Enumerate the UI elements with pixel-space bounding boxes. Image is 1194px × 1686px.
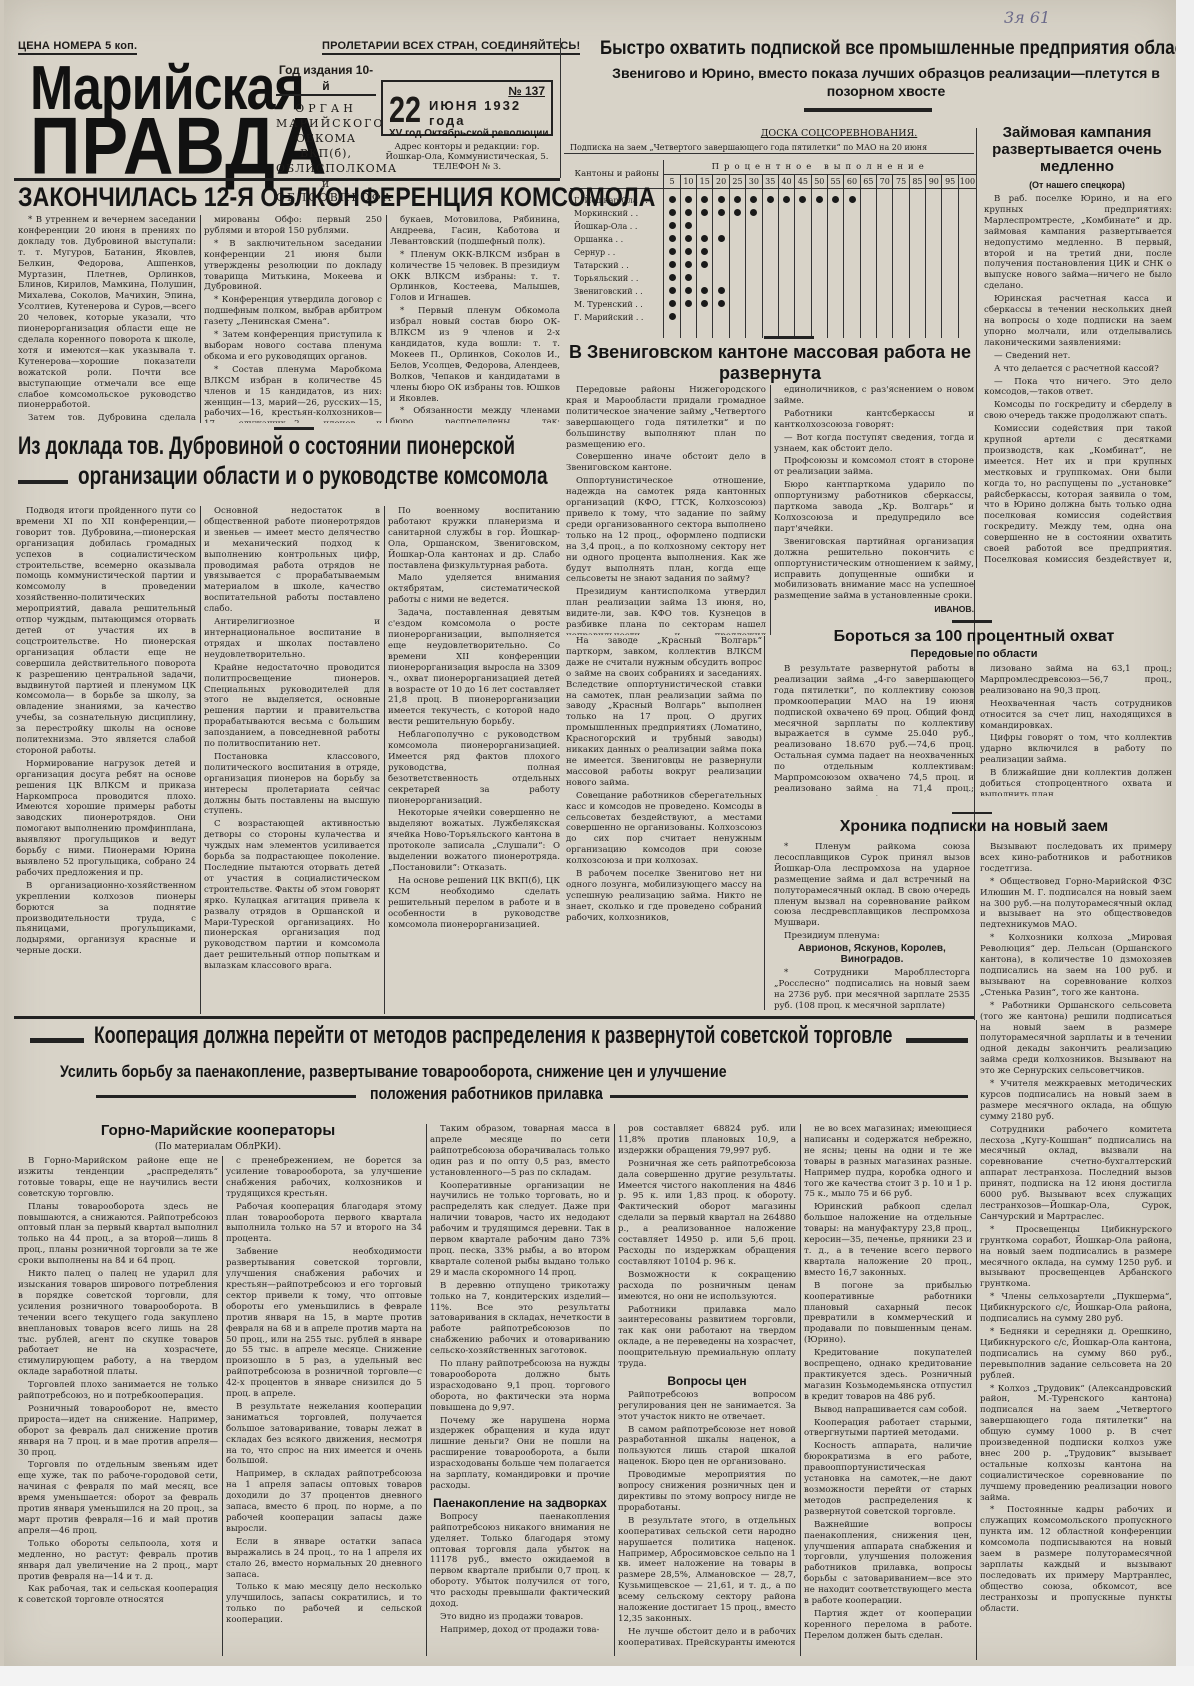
divider xyxy=(18,480,68,484)
pioneer-headline-2: организации области и о руководстве комс… xyxy=(78,462,548,491)
paragraph: На основе решений ЦК ВКП(б), ЦК КСМ необ… xyxy=(388,876,560,931)
progress-dot-icon xyxy=(669,300,676,307)
divider xyxy=(906,1038,968,1043)
district-name: Г. Марийский . . xyxy=(570,311,664,324)
percent-column-header: 25 xyxy=(729,174,745,188)
district-name: Звениговский . . xyxy=(570,285,664,298)
paragraph: единоличников, с раз'яснением о новом за… xyxy=(774,385,974,407)
board-row: Торьяльский . . xyxy=(570,272,976,285)
paragraph: Антирелигиозное и интернациональное восп… xyxy=(204,617,380,661)
progress-dot-icon xyxy=(669,235,676,242)
hundred-pct-col-2: лизовано займа на 63,1 проц.; Марпромлес… xyxy=(980,664,1172,796)
paragraph: В погоне за прибылью кооперативные работ… xyxy=(804,1281,972,1346)
paragraph: Никто палец о палец не ударил для изыска… xyxy=(18,1269,218,1378)
zvenigovo-col-2: единоличников, с раз'яснением о новом за… xyxy=(774,385,974,635)
price-label: ЦЕНА НОМЕРА 5 коп. xyxy=(18,40,137,55)
district-name: Сернур . . xyxy=(570,246,664,259)
progress-dot-icon xyxy=(734,196,741,203)
paragraph: Это видно из продажи товаров. xyxy=(430,1612,610,1623)
paragraph: букаев, Мотовилова, Рябинина, Андреева, … xyxy=(390,215,560,248)
paragraph: Забвение необходимости развертывания сов… xyxy=(226,1247,422,1400)
board-row: Г. Марийский . . xyxy=(570,311,976,324)
paragraph: Неблагополучно с руководством комсомола … xyxy=(388,730,560,806)
paragraph: Кредитование покупателей воспрещено, одн… xyxy=(804,1348,972,1403)
divider xyxy=(952,620,992,623)
percent-column-header: 45 xyxy=(795,174,811,188)
paragraph: В рабочем поселке Звенигово нет ни одног… xyxy=(566,869,762,924)
percent-column-header: 20 xyxy=(713,174,729,188)
progress-dot-icon xyxy=(750,209,757,216)
progress-dot-icon xyxy=(669,248,676,255)
board-title: ДОСКА СОЦСОРЕВНОВАНИЯ. xyxy=(564,128,974,139)
paragraph: Проводимые мероприятия по вопросу снижен… xyxy=(618,1470,796,1514)
paragraph: Подводя итоги пройденного пути со времен… xyxy=(16,506,196,757)
paragraph: * Работники Оршанского сельсовета (того … xyxy=(980,1001,1172,1077)
paragraph: Бюро кантпарткома ударило по оппортунизм… xyxy=(774,480,974,535)
board-row: Татарский . . xyxy=(570,259,976,272)
hundred-pct-headline: Бороться за 100 процентный охват xyxy=(774,628,1174,646)
paragraph: * Состав пленума Маробкома ВЛКСМ избран … xyxy=(204,365,382,423)
chronicle-col-2: Вызывают последовать их примеру всех кин… xyxy=(980,842,1172,1672)
pioneer-col-2: Основной недостаток в общественной работ… xyxy=(204,506,380,1014)
paragraph: Не лучше обстоит дело и в рабочих коопер… xyxy=(618,1627,796,1649)
komsomol-col-1: * В утреннем и вечернем заседании конфер… xyxy=(18,215,196,423)
board-row: Звениговский . . xyxy=(570,285,976,298)
progress-dot-icon xyxy=(685,274,692,281)
progress-dot-icon xyxy=(832,196,839,203)
percent-column-header: 95 xyxy=(942,174,958,188)
progress-dot-icon xyxy=(734,209,741,216)
paragraph: Таким образом, товарная масса в апреле м… xyxy=(430,1124,610,1179)
paragraph: не во всех магазинах; имеющиеся написаны… xyxy=(804,1124,972,1200)
column-divider xyxy=(800,1124,801,1656)
column-divider xyxy=(976,128,977,568)
paragraph: В результате нежелания кооперации занима… xyxy=(226,1402,422,1467)
chronicle-col-1: * Пленум райкома союза лесосплавщиков Су… xyxy=(774,842,970,1012)
publication-year: Год издания 10-й xyxy=(276,62,376,96)
paragraph: Косность аппарата, наличие бюрократизма … xyxy=(804,1441,972,1517)
paragraph: Юринский рабкооп сделал большое наложени… xyxy=(804,1202,972,1278)
progress-dot-icon xyxy=(718,287,725,294)
progress-dot-icon xyxy=(849,196,856,203)
paragraph: Кооперация работает старыми, отвергнутым… xyxy=(804,1418,972,1440)
paragraph: Сотрудники рабочего комитета лесхоза „Ку… xyxy=(980,1125,1172,1223)
percent-column-header: 65 xyxy=(860,174,876,188)
cooperation-col-1: В Горно-Марийском районе еще не изжиты т… xyxy=(18,1156,218,1656)
presidium-names: Аврионов, Яскунов, Королев, Виноградов. xyxy=(774,944,970,966)
percent-column-header: 55 xyxy=(827,174,843,188)
divider xyxy=(952,812,992,814)
district-name: Торьяльский . . xyxy=(570,272,664,285)
progress-dot-icon xyxy=(783,196,790,203)
column-divider xyxy=(974,580,975,1020)
divider xyxy=(610,1095,968,1098)
progress-dot-icon xyxy=(750,196,757,203)
progress-dot-icon xyxy=(718,196,725,203)
cooperators-section-title: Горно-Марийские кооператоры xyxy=(18,1122,418,1139)
paragraph: Цифры говорят о том, что коллектив ударн… xyxy=(980,733,1172,766)
cooperation-col-2: с пренебрежением, не борется за усиление… xyxy=(226,1156,422,1656)
paragraph: * Сотрудники Маробллесторга „Росслесно“ … xyxy=(774,968,970,1012)
column-divider xyxy=(200,215,201,423)
paragraph: Только обороты сельпоола, хотя и медленн… xyxy=(18,1539,218,1583)
board-row: Йошкар-Ола . . xyxy=(570,220,976,233)
section-subtitle: Вопросы цен xyxy=(618,1376,796,1387)
paragraph: ров составляет 68824 руб. или 11,8% прот… xyxy=(618,1124,796,1157)
paragraph: А что делается с расчетной кассой? xyxy=(984,364,1172,375)
percent-header: Процентное выполнение xyxy=(664,160,976,174)
organ-line: ОБКОМА ВКП(б), xyxy=(276,132,376,162)
paragraph: На заводе „Красный Волгарь“ парткорм, за… xyxy=(566,636,762,789)
paragraph: По военному воспитанию работают кружки п… xyxy=(388,506,560,571)
paragraph: Почему же нарушена норма издержек обраще… xyxy=(430,1416,610,1492)
paragraph: Работники кантсберкассы и кантколхозсоюз… xyxy=(774,409,974,431)
progress-dot-icon xyxy=(701,235,708,242)
date-month-year: ИЮНЯ 1932 года xyxy=(429,98,545,128)
paragraph: * Члены сельхозартели „Пукшерма“, Цибикн… xyxy=(980,1292,1172,1325)
paragraph: * Обязанности между членами бюро распред… xyxy=(390,406,560,423)
percent-column-header: 10 xyxy=(680,174,696,188)
paragraph: с пренебрежением, не борется за усиление… xyxy=(226,1156,422,1200)
paragraph: Вызывают последовать их примеру всех кин… xyxy=(980,842,1172,875)
cooperation-subbanner-1: Усилить борьбу за паенакопление, разверт… xyxy=(60,1062,727,1082)
paragraph: Юринская расчетная касса и сберкассы в т… xyxy=(984,294,1172,349)
paragraph: Вывод напрашивается сам собой. xyxy=(804,1405,972,1416)
column-divider xyxy=(222,1156,223,1656)
paragraph: * Постоянные кадры рабочих и служащих ко… xyxy=(980,1505,1172,1614)
percent-column-header: 60 xyxy=(844,174,860,188)
paragraph: Рабочая кооперация благодаря этому план … xyxy=(226,1202,422,1246)
progress-dot-icon xyxy=(669,222,676,229)
progress-dot-icon xyxy=(669,287,676,294)
paragraph: Партия ждет от кооперации коренного пере… xyxy=(804,1609,972,1642)
issue-number: № 137 xyxy=(508,84,545,98)
paragraph: * Пленум ОКК-ВЛКСМ избран в количестве 1… xyxy=(390,250,560,305)
paragraph: Неохваченная часть сотрудников относится… xyxy=(980,699,1172,732)
paragraph: В Горно-Марийском районе еще не изжиты т… xyxy=(18,1156,218,1200)
paragraph: * Первый пленум Обкомола избрал новый со… xyxy=(390,306,560,404)
progress-dot-icon xyxy=(685,196,692,203)
address-line: ТЕЛЕФОН № 3. xyxy=(381,162,553,172)
subscription-subheadline: Звенигово и Юрино, вместо показа лучших … xyxy=(596,64,1176,100)
zvenigovo-col-1: Передовые районы Нижегородского края и М… xyxy=(566,385,766,635)
paragraph: Торговлей плохо занимается не только рай… xyxy=(18,1380,218,1402)
date-box: 22 № 137 ИЮНЯ 1932 года XV год Октябрьск… xyxy=(381,80,553,136)
progress-dot-icon xyxy=(685,235,692,242)
komsomol-col-3: букаев, Мотовилова, Рябинина, Андреева, … xyxy=(390,215,560,423)
paragraph: В ближайшие дни коллектив должен добитьс… xyxy=(980,768,1172,796)
paragraph: Совершенно иначе обстоит дело в Звенигов… xyxy=(566,452,766,474)
paragraph: — Сведений нет. xyxy=(984,351,1172,362)
loan-headline: Займовая кампания развертывается очень м… xyxy=(984,124,1170,175)
board-row: Оршанка . . xyxy=(570,233,976,246)
board-subtitle: Подписка на заем „Четвертого завершающег… xyxy=(564,143,974,154)
progress-dot-icon xyxy=(669,313,676,320)
paragraph: * Колхоз „Трудовик“ (Александровский рай… xyxy=(980,1384,1172,1504)
progress-dot-icon xyxy=(701,261,708,268)
percent-column-header: 40 xyxy=(778,174,794,188)
paragraph: Кооперативные организации не научились н… xyxy=(430,1181,610,1279)
competition-board: ДОСКА СОЦСОРЕВНОВАНИЯ. Подписка на заем … xyxy=(564,128,974,154)
paragraph: * В заключительном заседании конференции… xyxy=(204,239,382,294)
subscription-headline: Быстро охватить подпиской все промышленн… xyxy=(600,38,1194,60)
organ-line: ОРГАН xyxy=(276,102,376,117)
district-name: М. Туренский . . xyxy=(570,298,664,311)
percent-column-header: 75 xyxy=(893,174,909,188)
paragraph: * Колхозники колхоза „Мировая Революция“… xyxy=(980,933,1172,998)
percent-column-header: 100 xyxy=(958,174,976,188)
paragraph: В результате развернутой работы в реализ… xyxy=(774,664,974,796)
paragraph: Только к маю месяцу дело несколько улучш… xyxy=(226,1582,422,1626)
progress-dot-icon xyxy=(701,300,708,307)
paragraph: * Обществовед Горно-Марийской ФЗС Илюшин… xyxy=(980,877,1172,932)
paragraph: * Учителя межкраевых методических курсов… xyxy=(980,1079,1172,1123)
progress-dot-icon xyxy=(669,196,676,203)
paragraph: * Конференция утвердила договор с подшеф… xyxy=(204,295,382,328)
paragraph: Вопросу паенакопления райпотребсоюз ника… xyxy=(430,1512,610,1610)
hundred-pct-subheadline: Передовые по области xyxy=(774,648,1174,660)
district-name: Татарский . . xyxy=(570,259,664,272)
divider xyxy=(14,1016,974,1019)
progress-dot-icon xyxy=(701,248,708,255)
progress-dot-icon xyxy=(701,209,708,216)
handwritten-note: 3я 61 xyxy=(1004,8,1050,27)
divider xyxy=(764,336,814,339)
komsomol-col-2: мированы Обфо: первый 250 рублями и втор… xyxy=(204,215,382,423)
column-divider xyxy=(764,636,765,1010)
paragraph: * Бедняки и середняки д. Орешкино, Цибик… xyxy=(980,1327,1172,1382)
board-row: М. Туренский . . xyxy=(570,298,976,311)
district-name: Оршанка . . xyxy=(570,233,664,246)
divider xyxy=(30,1038,84,1043)
editorial-address: Адрес конторы и редакции: гор. Йошкар-Ол… xyxy=(381,142,553,173)
progress-dot-icon xyxy=(701,196,708,203)
chronicle-headline: Хроника подписки на новый заем xyxy=(774,818,1174,836)
newspaper-page: ЦЕНА НОМЕРА 5 коп. ПРОЛЕТАРИИ ВСЕХ СТРАН… xyxy=(4,0,1176,1668)
cooperation-col-4: ров составляет 68824 руб. или 11,8% прот… xyxy=(618,1124,796,1656)
column-divider xyxy=(384,506,385,1014)
progress-dot-icon xyxy=(685,222,692,229)
progress-dot-icon xyxy=(685,209,692,216)
cooperation-col-5: не во всех магазинах; имеющиеся написаны… xyxy=(804,1124,972,1656)
cooperation-col-3: Таким образом, товарная масса в апреле м… xyxy=(430,1124,610,1656)
logo-line-2: ПРАВДА xyxy=(30,109,260,183)
column-divider xyxy=(770,385,771,635)
paragraph: Розничная же сеть райпотребсоюза дала со… xyxy=(618,1159,796,1268)
paragraph: Райпотребсоюз вопросом регулирования цен… xyxy=(618,1390,796,1423)
organ-line: МАРИЙСКОГО xyxy=(276,117,376,132)
paragraph: Звениговская партийная организация должн… xyxy=(774,537,974,602)
author-signature: ИВАНОВ. xyxy=(774,604,974,615)
column-divider xyxy=(426,1124,427,1656)
percent-column-header: 90 xyxy=(926,174,942,188)
paragraph: Мало уделяется внимания октябрятам, сист… xyxy=(388,573,560,606)
paragraph: Работники прилавка мало заинтересованы р… xyxy=(618,1305,796,1370)
address-line: Йошкар-Ола, Коммунистическая, 5. xyxy=(381,152,553,162)
progress-dot-icon xyxy=(685,248,692,255)
paragraph: Торговля по отдельным звеньям идет еще х… xyxy=(18,1460,218,1536)
district-name: Йошкар-Ола . . xyxy=(570,220,664,233)
paragraph: Розничный товарооборот не, вместо прирос… xyxy=(18,1404,218,1459)
progress-dot-icon xyxy=(718,300,725,307)
progress-dot-icon xyxy=(685,261,692,268)
loan-byline: (От нашего спецкора) xyxy=(984,180,1170,190)
divider xyxy=(96,1095,356,1098)
divider xyxy=(14,178,560,181)
column-divider xyxy=(386,215,387,423)
paragraph: В самом райпотребсоюзе нет новой разрабо… xyxy=(618,1425,796,1469)
board-row: Сернур . . xyxy=(570,246,976,259)
paragraph: Комсоды по госкредиту и сберделу в свою … xyxy=(984,400,1172,422)
paragraph: В раб. поселке Юрино, и на его крупных п… xyxy=(984,194,1172,292)
paragraph: По плану райпотребсоюза на нужды товароо… xyxy=(430,1359,610,1414)
column-divider xyxy=(614,1124,615,1656)
pioneer-col-1: Подводя итоги пройденного пути со времен… xyxy=(16,506,196,1014)
paragraph: Постановка классового, политического вос… xyxy=(204,752,380,817)
paragraph: Возможности к сокращению расхода по розн… xyxy=(618,1270,796,1303)
address-line: Адрес конторы и редакции: гор. xyxy=(381,142,553,152)
paragraph: Президиум пленума: xyxy=(774,931,970,942)
progress-dot-icon xyxy=(799,196,806,203)
progress-dot-icon xyxy=(718,235,725,242)
percent-column-header: 5 xyxy=(664,174,680,188)
paragraph: * Пленум райкома союза лесосплавщиков Су… xyxy=(774,842,970,929)
progress-dot-icon xyxy=(669,261,676,268)
paragraph: Важнейшие вопросы паенакопления, снижени… xyxy=(804,1520,972,1607)
scan-margin xyxy=(1176,0,1194,1686)
paragraph: * Затем конференция приступила к выборам… xyxy=(204,330,382,363)
paragraph: Основной недостаток в общественной работ… xyxy=(204,506,380,615)
komsomol-headline: ЗАКОНЧИЛАСЬ 12-Я ОБЛКОНФЕРЕНЦИЯ КОМСОМОЛ… xyxy=(18,182,655,213)
percent-column-header: 85 xyxy=(909,174,925,188)
paragraph: Если в январе остатки запаса выражались … xyxy=(226,1537,422,1581)
paragraph: Планы товарооборота здесь не повышаются,… xyxy=(18,1202,218,1267)
percent-column-header: 50 xyxy=(811,174,827,188)
paragraph: В результате этого, в отдельных кооперат… xyxy=(618,1516,796,1625)
progress-dot-icon xyxy=(767,196,774,203)
loan-article-text: В раб. поселке Юрино, и на его крупных п… xyxy=(984,194,1172,564)
hundred-pct-col-1: В результате развернутой работы в реализ… xyxy=(774,664,974,796)
progress-dot-icon xyxy=(685,287,692,294)
paragraph: * В утреннем и вечернем заседании конфер… xyxy=(18,215,196,411)
percent-column-header: 30 xyxy=(746,174,762,188)
zvenigovo-continued: На заводе „Красный Волгарь“ парткорм, за… xyxy=(566,636,762,1010)
paragraph: Крайне недостаточно проводится политпрос… xyxy=(204,663,380,750)
pioneer-col-3: По военному воспитанию работают кружки п… xyxy=(388,506,560,1014)
paragraph: Передовые районы Нижегородского края и М… xyxy=(566,385,766,450)
paragraph: Задача, поставленная девятым с'ездом ком… xyxy=(388,608,560,728)
paragraph: Некоторые ячейки совершенно не выделяют … xyxy=(388,808,560,873)
paragraph: * Просвещенцы Цибикнурского грунткома со… xyxy=(980,1225,1172,1290)
column-divider xyxy=(560,38,561,178)
progress-dot-icon xyxy=(816,196,823,203)
paragraph: Как рабочая, так и сельская кооперация к… xyxy=(18,1584,218,1606)
column-divider xyxy=(976,1020,977,1660)
zvenigovo-headline: В Звениговском кантоне массовая работа н… xyxy=(566,342,974,384)
cooperation-banner: Кооперация должна перейти от методов рас… xyxy=(94,1022,892,1050)
paragraph: — Вот когда поступят сведения, тогда и у… xyxy=(774,433,974,455)
cooperation-subbanner-2: положения работников прилавка xyxy=(370,1084,603,1104)
paragraph: В организационно-хозяйственном укреплени… xyxy=(16,881,196,957)
column-divider xyxy=(200,506,201,1014)
paragraph: — Пока что ничего. Это дело комсодов,—та… xyxy=(984,377,1172,399)
progress-dot-icon xyxy=(669,209,676,216)
paragraph: Совещание работников сберегательных касс… xyxy=(566,791,762,867)
paragraph: Оппортунистическое отношение, надежда на… xyxy=(566,476,766,585)
progress-dot-icon xyxy=(685,300,692,307)
percent-column-header: 15 xyxy=(697,174,713,188)
newspaper-logo: Марийская ПРАВДА xyxy=(30,66,260,178)
paragraph: Нормирование нагрузок детей и организаци… xyxy=(16,759,196,879)
paragraph: мированы Обфо: первый 250 рублями и втор… xyxy=(204,215,382,237)
percent-column-header: 35 xyxy=(762,174,778,188)
scan-margin xyxy=(0,1666,1194,1686)
section-subtitle: Паенакопление на задворках xyxy=(430,1498,610,1509)
paragraph: Комиссии содействия при такой крупной ар… xyxy=(984,424,1172,564)
divider xyxy=(274,427,314,430)
paragraph: Затем тов. Дубровина сделала заключитель… xyxy=(18,413,196,423)
paragraph: Профсоюзы и комсомол стоят в стороне от … xyxy=(774,456,974,478)
progress-dot-icon xyxy=(669,274,676,281)
progress-dot-icon xyxy=(718,209,725,216)
percent-column-header: 70 xyxy=(877,174,893,188)
cooperators-byline: (По материалам ОблРКИ). xyxy=(18,1142,418,1152)
date-day: 22 xyxy=(389,92,421,128)
paragraph: С возрастающей активностью детворы со ст… xyxy=(204,819,380,972)
paragraph: лизовано займа на 63,1 проц.; Марпромлес… xyxy=(980,664,1172,697)
paragraph: Например, доход от продажи това- xyxy=(430,1625,610,1636)
paragraph: Например, в складах райпотребсоюза на 1 … xyxy=(226,1469,422,1534)
divider xyxy=(804,108,932,112)
pioneer-headline-1: Из доклада тов. Дубровиной о состоянии п… xyxy=(18,432,515,461)
progress-dot-icon xyxy=(701,287,708,294)
paragraph: В деревню отпущено трикотажу только на 7… xyxy=(430,1281,610,1357)
paragraph: Президиум кантисполкома утвердил план ре… xyxy=(566,587,766,635)
proletarian-slogan: ПРОЛЕТАРИИ ВСЕХ СТРАН, СОЕДИНЯЙТЕСЬ! xyxy=(322,40,580,55)
